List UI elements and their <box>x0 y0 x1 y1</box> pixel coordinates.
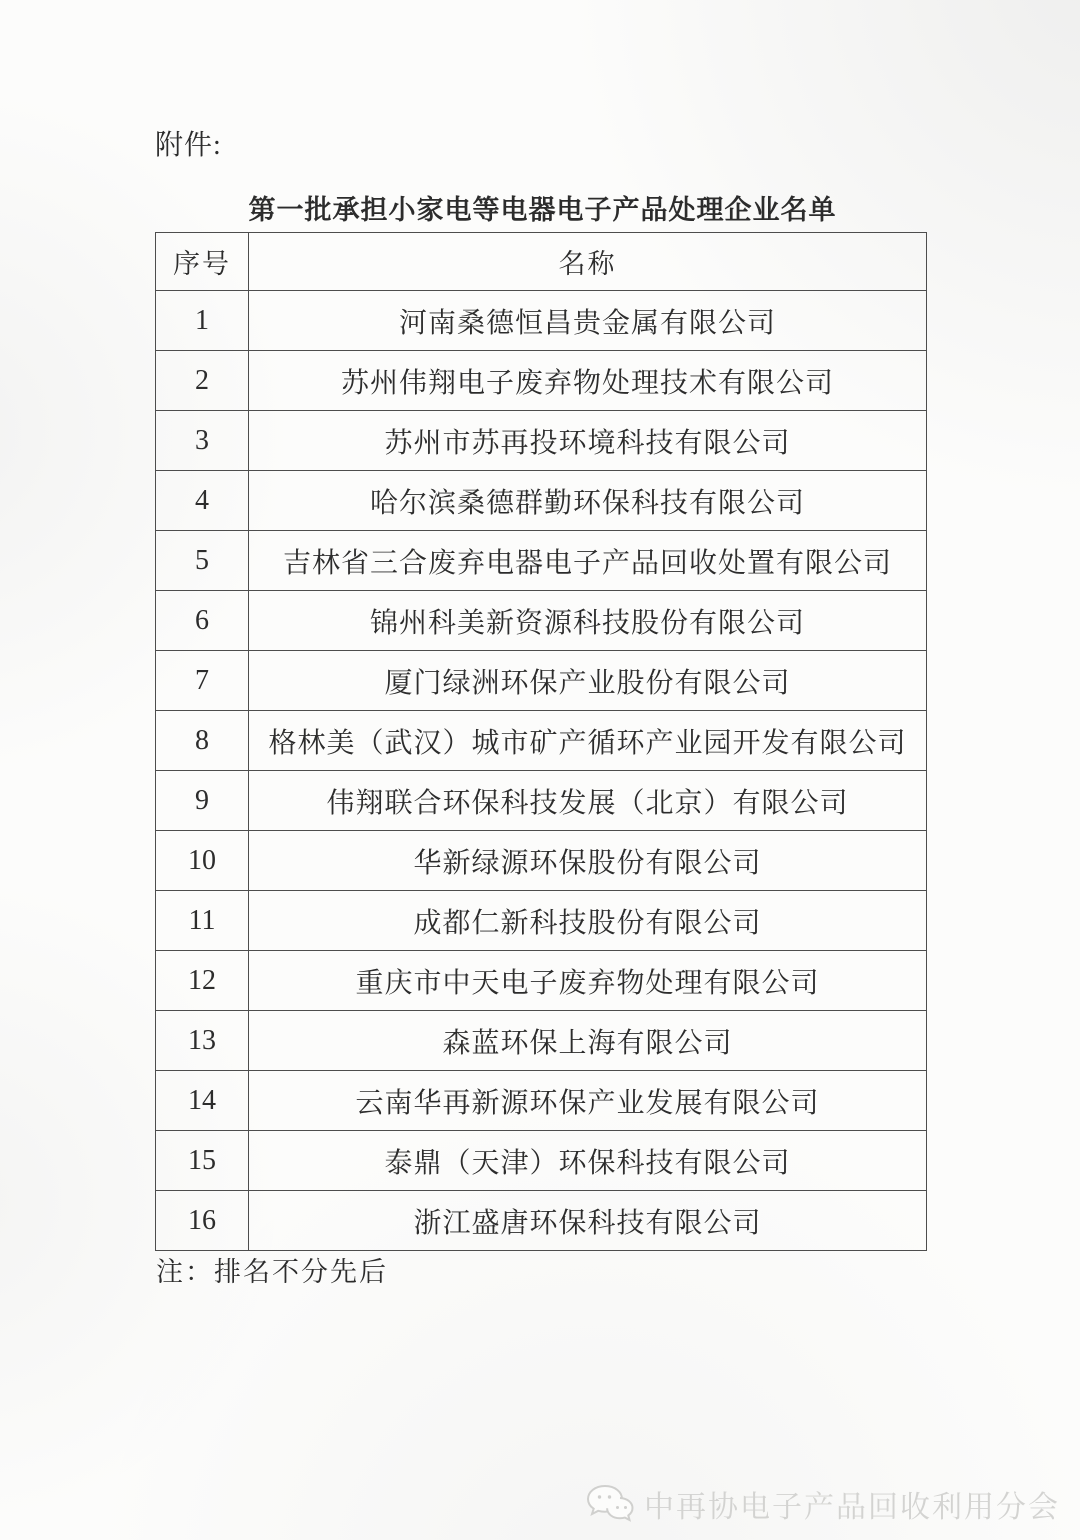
company-name-cell: 伟翔联合环保科技发展（北京）有限公司 <box>249 771 927 831</box>
company-table: 序号 名称 1河南桑德恒昌贵金属有限公司2苏州伟翔电子废弃物处理技术有限公司3苏… <box>155 232 927 1251</box>
row-number-cell: 10 <box>156 831 249 891</box>
company-name-cell: 森蓝环保上海有限公司 <box>249 1011 927 1071</box>
company-name-cell: 吉林省三合废弃电器电子产品回收处置有限公司 <box>249 531 927 591</box>
table-row: 8格林美（武汉）城市矿产循环产业园开发有限公司 <box>156 711 927 771</box>
row-number-cell: 4 <box>156 471 249 531</box>
row-number-cell: 8 <box>156 711 249 771</box>
row-number-cell: 7 <box>156 651 249 711</box>
table-row: 2苏州伟翔电子废弃物处理技术有限公司 <box>156 351 927 411</box>
row-number-cell: 9 <box>156 771 249 831</box>
table-row: 16浙江盛唐环保科技有限公司 <box>156 1191 927 1251</box>
company-name-cell: 河南桑德恒昌贵金属有限公司 <box>249 291 927 351</box>
row-number-cell: 16 <box>156 1191 249 1251</box>
company-name-cell: 哈尔滨桑德群勤环保科技有限公司 <box>249 471 927 531</box>
table-row: 13森蓝环保上海有限公司 <box>156 1011 927 1071</box>
row-number-cell: 14 <box>156 1071 249 1131</box>
company-name-cell: 格林美（武汉）城市矿产循环产业园开发有限公司 <box>249 711 927 771</box>
table-row: 3苏州市苏再投环境科技有限公司 <box>156 411 927 471</box>
row-number-cell: 6 <box>156 591 249 651</box>
row-number-cell: 12 <box>156 951 249 1011</box>
table-row: 5吉林省三合废弃电器电子产品回收处置有限公司 <box>156 531 927 591</box>
table-row: 15泰鼎（天津）环保科技有限公司 <box>156 1131 927 1191</box>
table-row: 14云南华再新源环保产业发展有限公司 <box>156 1071 927 1131</box>
header-cell-no: 序号 <box>156 233 249 291</box>
footer-watermark: 中再协电子产品回收利用分会 <box>584 1482 1060 1526</box>
row-number-cell: 11 <box>156 891 249 951</box>
row-number-cell: 5 <box>156 531 249 591</box>
row-number-cell: 13 <box>156 1011 249 1071</box>
company-name-cell: 苏州伟翔电子废弃物处理技术有限公司 <box>249 351 927 411</box>
company-name-cell: 华新绿源环保股份有限公司 <box>249 831 927 891</box>
document-title: 第一批承担小家电等电器电子产品处理企业名单 <box>155 188 930 227</box>
table-row: 10华新绿源环保股份有限公司 <box>156 831 927 891</box>
row-number-cell: 1 <box>156 291 249 351</box>
table-row: 12重庆市中天电子废弃物处理有限公司 <box>156 951 927 1011</box>
company-name-cell: 成都仁新科技股份有限公司 <box>249 891 927 951</box>
company-name-cell: 云南华再新源环保产业发展有限公司 <box>249 1071 927 1131</box>
table-header-row: 序号 名称 <box>156 233 927 291</box>
table-row: 4哈尔滨桑德群勤环保科技有限公司 <box>156 471 927 531</box>
table-row: 11成都仁新科技股份有限公司 <box>156 891 927 951</box>
company-name-cell: 锦州科美新资源科技股份有限公司 <box>249 591 927 651</box>
header-cell-name: 名称 <box>249 233 927 291</box>
table-row: 7厦门绿洲环保产业股份有限公司 <box>156 651 927 711</box>
company-name-cell: 泰鼎（天津）环保科技有限公司 <box>249 1131 927 1191</box>
row-number-cell: 2 <box>156 351 249 411</box>
table-row: 1河南桑德恒昌贵金属有限公司 <box>156 291 927 351</box>
company-name-cell: 重庆市中天电子废弃物处理有限公司 <box>249 951 927 1011</box>
row-number-cell: 15 <box>156 1131 249 1191</box>
table-row: 6锦州科美新资源科技股份有限公司 <box>156 591 927 651</box>
table-body: 1河南桑德恒昌贵金属有限公司2苏州伟翔电子废弃物处理技术有限公司3苏州市苏再投环… <box>156 291 927 1251</box>
row-number-cell: 3 <box>156 411 249 471</box>
table-row: 9伟翔联合环保科技发展（北京）有限公司 <box>156 771 927 831</box>
company-name-cell: 浙江盛唐环保科技有限公司 <box>249 1191 927 1251</box>
attachment-label: 附件: <box>155 123 222 163</box>
ranking-note: 注：排名不分先后 <box>156 1250 388 1289</box>
wechat-chat-bubbles-icon <box>584 1483 636 1525</box>
scanned-document-page: 附件: 第一批承担小家电等电器电子产品处理企业名单 序号 名称 1河南桑德恒昌贵… <box>0 0 1080 1540</box>
company-name-cell: 苏州市苏再投环境科技有限公司 <box>249 411 927 471</box>
footer-watermark-text: 中再协电子产品回收利用分会 <box>644 1482 1060 1526</box>
company-name-cell: 厦门绿洲环保产业股份有限公司 <box>249 651 927 711</box>
